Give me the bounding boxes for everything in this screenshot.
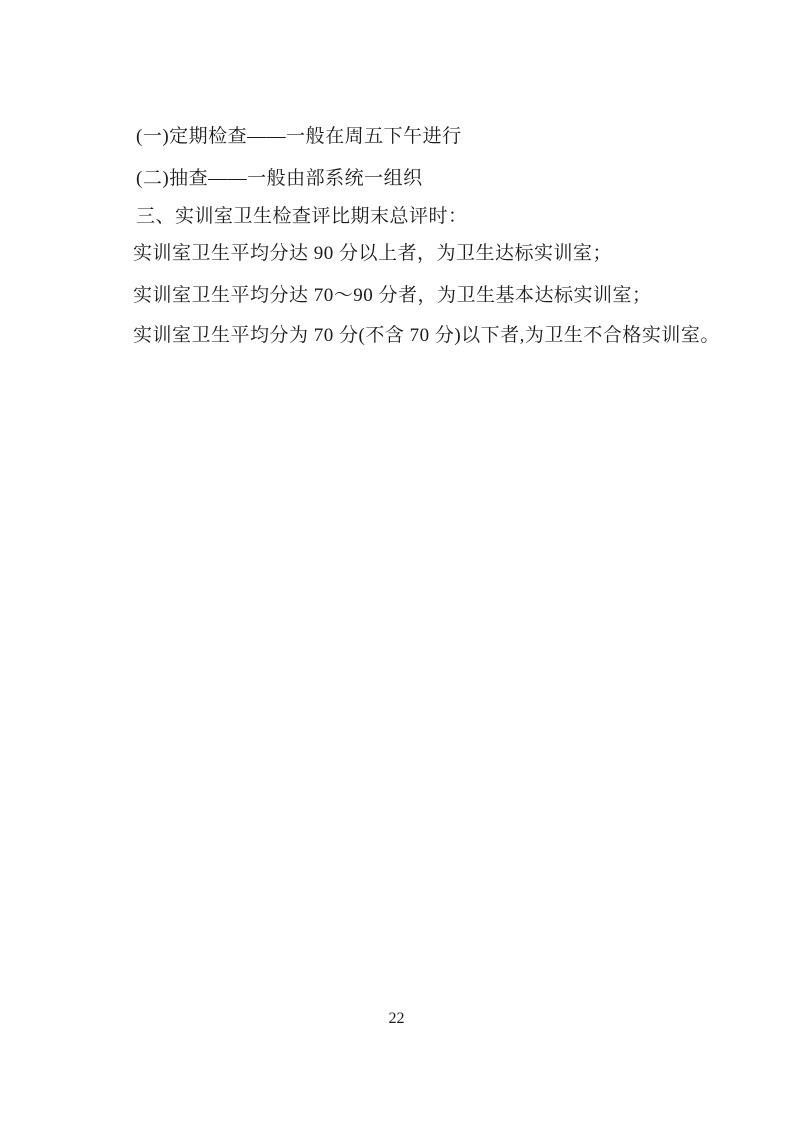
page-number: 22 [0, 1011, 793, 1027]
paragraph-spot-check: (二)抽查——一般由部系统一组织 [136, 169, 423, 188]
paragraph-score-below-70: 实训室卫生平均分为 70 分(不含 70 分)以下者,为卫生不合格实训室。 [133, 326, 720, 345]
paragraph-section-three-heading: 三、实训室卫生检查评比期末总评时： [136, 207, 468, 226]
paragraph-score-above-90: 实训室卫生平均分达 90 分以上者，为卫生达标实训室； [133, 244, 612, 263]
document-page: (一)定期检查——一般在周五下午进行 (二)抽查——一般由部系统一组织 三、实训… [0, 0, 793, 1122]
paragraph-regular-inspection: (一)定期检查——一般在周五下午进行 [136, 127, 462, 146]
paragraph-score-70-to-90: 实训室卫生平均分达 70～90 分者，为卫生基本达标实训室； [133, 286, 652, 305]
